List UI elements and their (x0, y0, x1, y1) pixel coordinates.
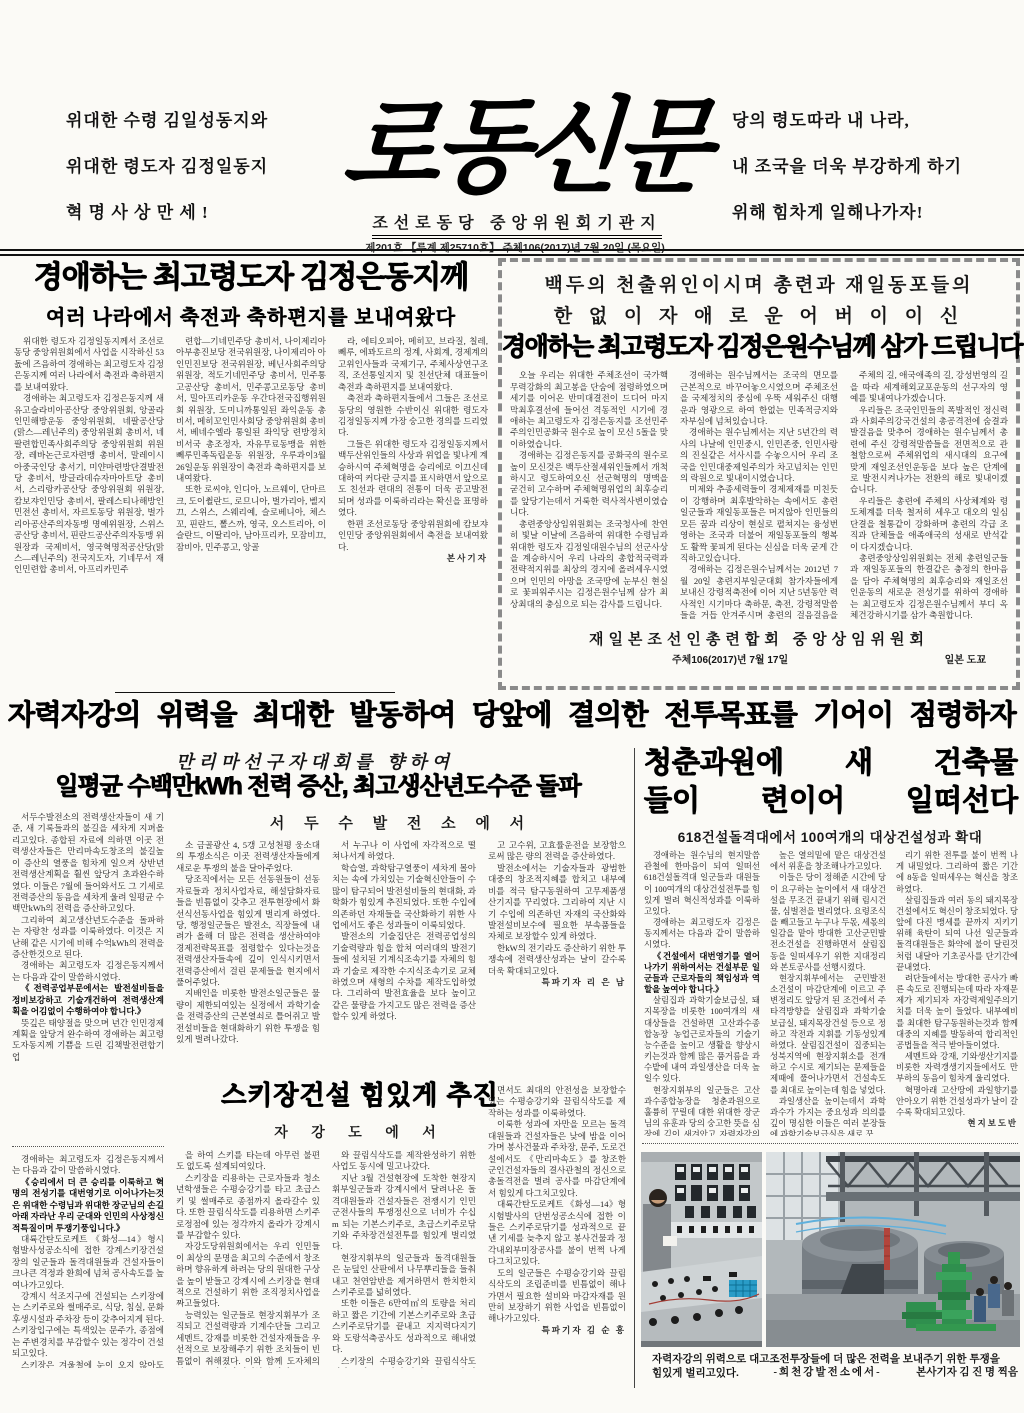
banner-headline: 자력자강의 위력을 최대한 발동하여 당앞에 결의한 전투목표를 기어이 점령하… (8, 700, 1016, 729)
masthead-title-wrap: 로동신문 (344, 66, 690, 210)
ski-column-1: 경애하는 최고령도자 김정은동지께서는 다음과 같이 말씀하시였다.《승리에서 … (12, 1154, 164, 1368)
ski-column-2: 을 하여 스키를 타는데 아무런 불편도 없도록 설계되여있다.스키장을 리용하… (176, 1150, 320, 1368)
photo-caption-line1: 자력자강의 위력으로 대고조전투장들에 더 많은 전력을 보내주기 위한 투쟁을 (652, 1352, 1018, 1366)
chongryon-headline: 경애하는 최고령도자 김정은원수님께 삼가 드립니다 (502, 334, 1016, 360)
greetings-column-2: 련합—기네민주당 총비서, 나이제리아 아부총진보당 전국위원장, 나이제리아 … (176, 336, 326, 666)
paper-subtitle: 조선로동당 중앙위원회기관지 (372, 210, 661, 239)
chongryon-place: 일본 도꾜 (945, 651, 986, 666)
issue-line: 제201호 【루계 제25710호】 주체106(2017)년 7월 20일 (… (300, 240, 730, 255)
ski-column-4: 면서도 최대의 안전성을 보장할수 있는 수평승강기와 끌림식삭도를 제작하는 … (488, 1085, 626, 1368)
chongryon-article-box: 백두의 천출위인이시며 총련과 재일동포들의 한 없 이 자 애 로 운 어 버… (498, 258, 1020, 690)
greetings-subheadline: 여러 나라에서 축전과 축하편지를 보내여왔다 (8, 301, 494, 330)
greetings-end-rule (115, 692, 395, 693)
power-column-2: 소 금골광산 4, 5갱 고성천평 웅소대의 투쟁소식은 이곳 전력생산자들에게… (176, 840, 320, 1076)
greetings-headline: 경애하는 최고령도자 김정은동지께 (8, 262, 494, 294)
power-column-4: 고 고수위, 고효률운전을 보장함으로써 많은 량의 전력을 증산하였다.발전소… (488, 840, 626, 1070)
orchard-headline-line1: 청춘과원에 새 건축물 (644, 748, 1018, 778)
ski-column-3: 와 끌림식삭도를 제작완성하기 위한 사업도 동시에 밀고나갔다.지난 3월 건… (332, 1150, 476, 1368)
slogan-right-line3: 위해 힘차게 일해나가자! (732, 204, 1002, 221)
power-col1-divider (12, 1146, 164, 1147)
chongryon-signature: 재일본조선인총련합회 중앙상임위원회 (502, 628, 1016, 649)
paper-title: 로동신문 (339, 63, 695, 213)
photo-caption-location: -희천강발전소에서- (774, 1366, 882, 1380)
greetings-column-1: 위대한 령도자 김정일동지께서 조선로동당 중앙위원회에서 사업을 시작하신 5… (14, 336, 164, 666)
power-dateline: 서 두 수 발 전 소 에 서 (176, 812, 626, 833)
orchard-column-3: 리기 위한 전투를 불이 번쩍 나게 내밀었다. 그리하여 짧은 기간에 8동을… (896, 850, 1018, 1136)
newspaper-page: 위대한 수령 김일성동지와 위대한 령도자 김정일동지 혁 명 사 상 만 세 … (0, 0, 1024, 1413)
masthead-rule-bottom (0, 254, 1024, 256)
power-column-1: 서두수발전소의 전력생산자들이 새 기준, 새 기록들과의 불길을 세차게 지펴… (12, 812, 164, 1140)
ski-headline: 스키장건설 힘있게 추진 (182, 1082, 538, 1109)
masthead-slogan-right: 당의 령도따라 내 나라, 내 조국을 더욱 부강하게 하기 위해 힘차게 일해… (732, 112, 1002, 250)
photo-caption-credit: 본사기자 김 진 명 찍음 (916, 1366, 1018, 1380)
photo-caption-left: 힘있게 벌리고있다. (652, 1366, 739, 1380)
chongryon-kicker-line2: 한 없 이 자 애 로 운 어 버 이 이 신 (502, 301, 1016, 328)
photo-control-room-image (641, 1152, 762, 1347)
masthead-rule-top (0, 249, 1024, 251)
photo-turbine-hall-image (766, 1152, 1020, 1347)
slogan-right-line2: 내 조국을 더욱 부강하게 하기 (732, 158, 1002, 175)
section-divider (634, 748, 635, 1388)
masthead-subtitle-wrap: 조선로동당 중앙위원회기관지 (332, 210, 702, 239)
chongryon-date: 주체106(2017)년 7월 17일 (672, 651, 788, 666)
photo-caption: 자력자강의 위력으로 대고조전투장들에 더 많은 전력을 보내주기 위한 투쟁을… (652, 1352, 1018, 1380)
photo-section-divider (642, 1143, 1018, 1144)
power-kicker: 만리마선구자대회를 향하여 (80, 748, 550, 774)
orchard-subheadline: 618건설돌격대에서 100여개의 대상건설성과 확대 (640, 826, 1020, 846)
ski-dateline: 자 강 도 에 서 (182, 1122, 538, 1142)
chongryon-column-3: 주체의 길, 애국애족의 길, 강성번영의 길을 따라 세계해외교포운동의 선구… (850, 370, 1008, 622)
slogan-right-line1: 당의 령도따라 내 나라, (732, 112, 1002, 129)
power-headline: 일평균 수백만kWh 전력 증산, 최고생산년도수준 돌파 (8, 774, 628, 799)
photo-turbine-hall (766, 1152, 1020, 1347)
power-column-3: 서 누구나 이 사업에 자각적으로 떨쳐나서게 하였다.학습열, 과학탐구열풍이… (332, 840, 476, 1076)
greetings-column-3: 라, 에티오피아, 메히꼬, 브라질, 칠레, 뻬루, 에꽈도르의 정계, 사회… (338, 336, 488, 666)
photo-control-room (641, 1152, 762, 1347)
chongryon-column-2: 경애하는 원수님께서는 조국의 면모를 근본적으로 바꾸어놓으시였으며 주체조선… (680, 370, 838, 622)
chongryon-column-1: 오늘 우리는 위대한 주체조선이 국가핵무력강화의 최고봉을 단숨에 점령하였으… (510, 370, 668, 622)
orchard-headline-line2: 들이 련이어 일떠선다 (644, 786, 1018, 816)
orchard-column-2: 높은 열의밑에 맡은 대상건설에서 위훈을 창조해나가고있다.이들은 당이 정해… (770, 850, 886, 1136)
chongryon-kicker-line1: 백두의 천출위인이시며 총련과 재일동포들의 (502, 270, 1016, 297)
orchard-column-1: 경애하는 원수님의 현지말씀 관철에 한마음이 되여 일떠선 618건설돌격대 … (644, 850, 760, 1136)
